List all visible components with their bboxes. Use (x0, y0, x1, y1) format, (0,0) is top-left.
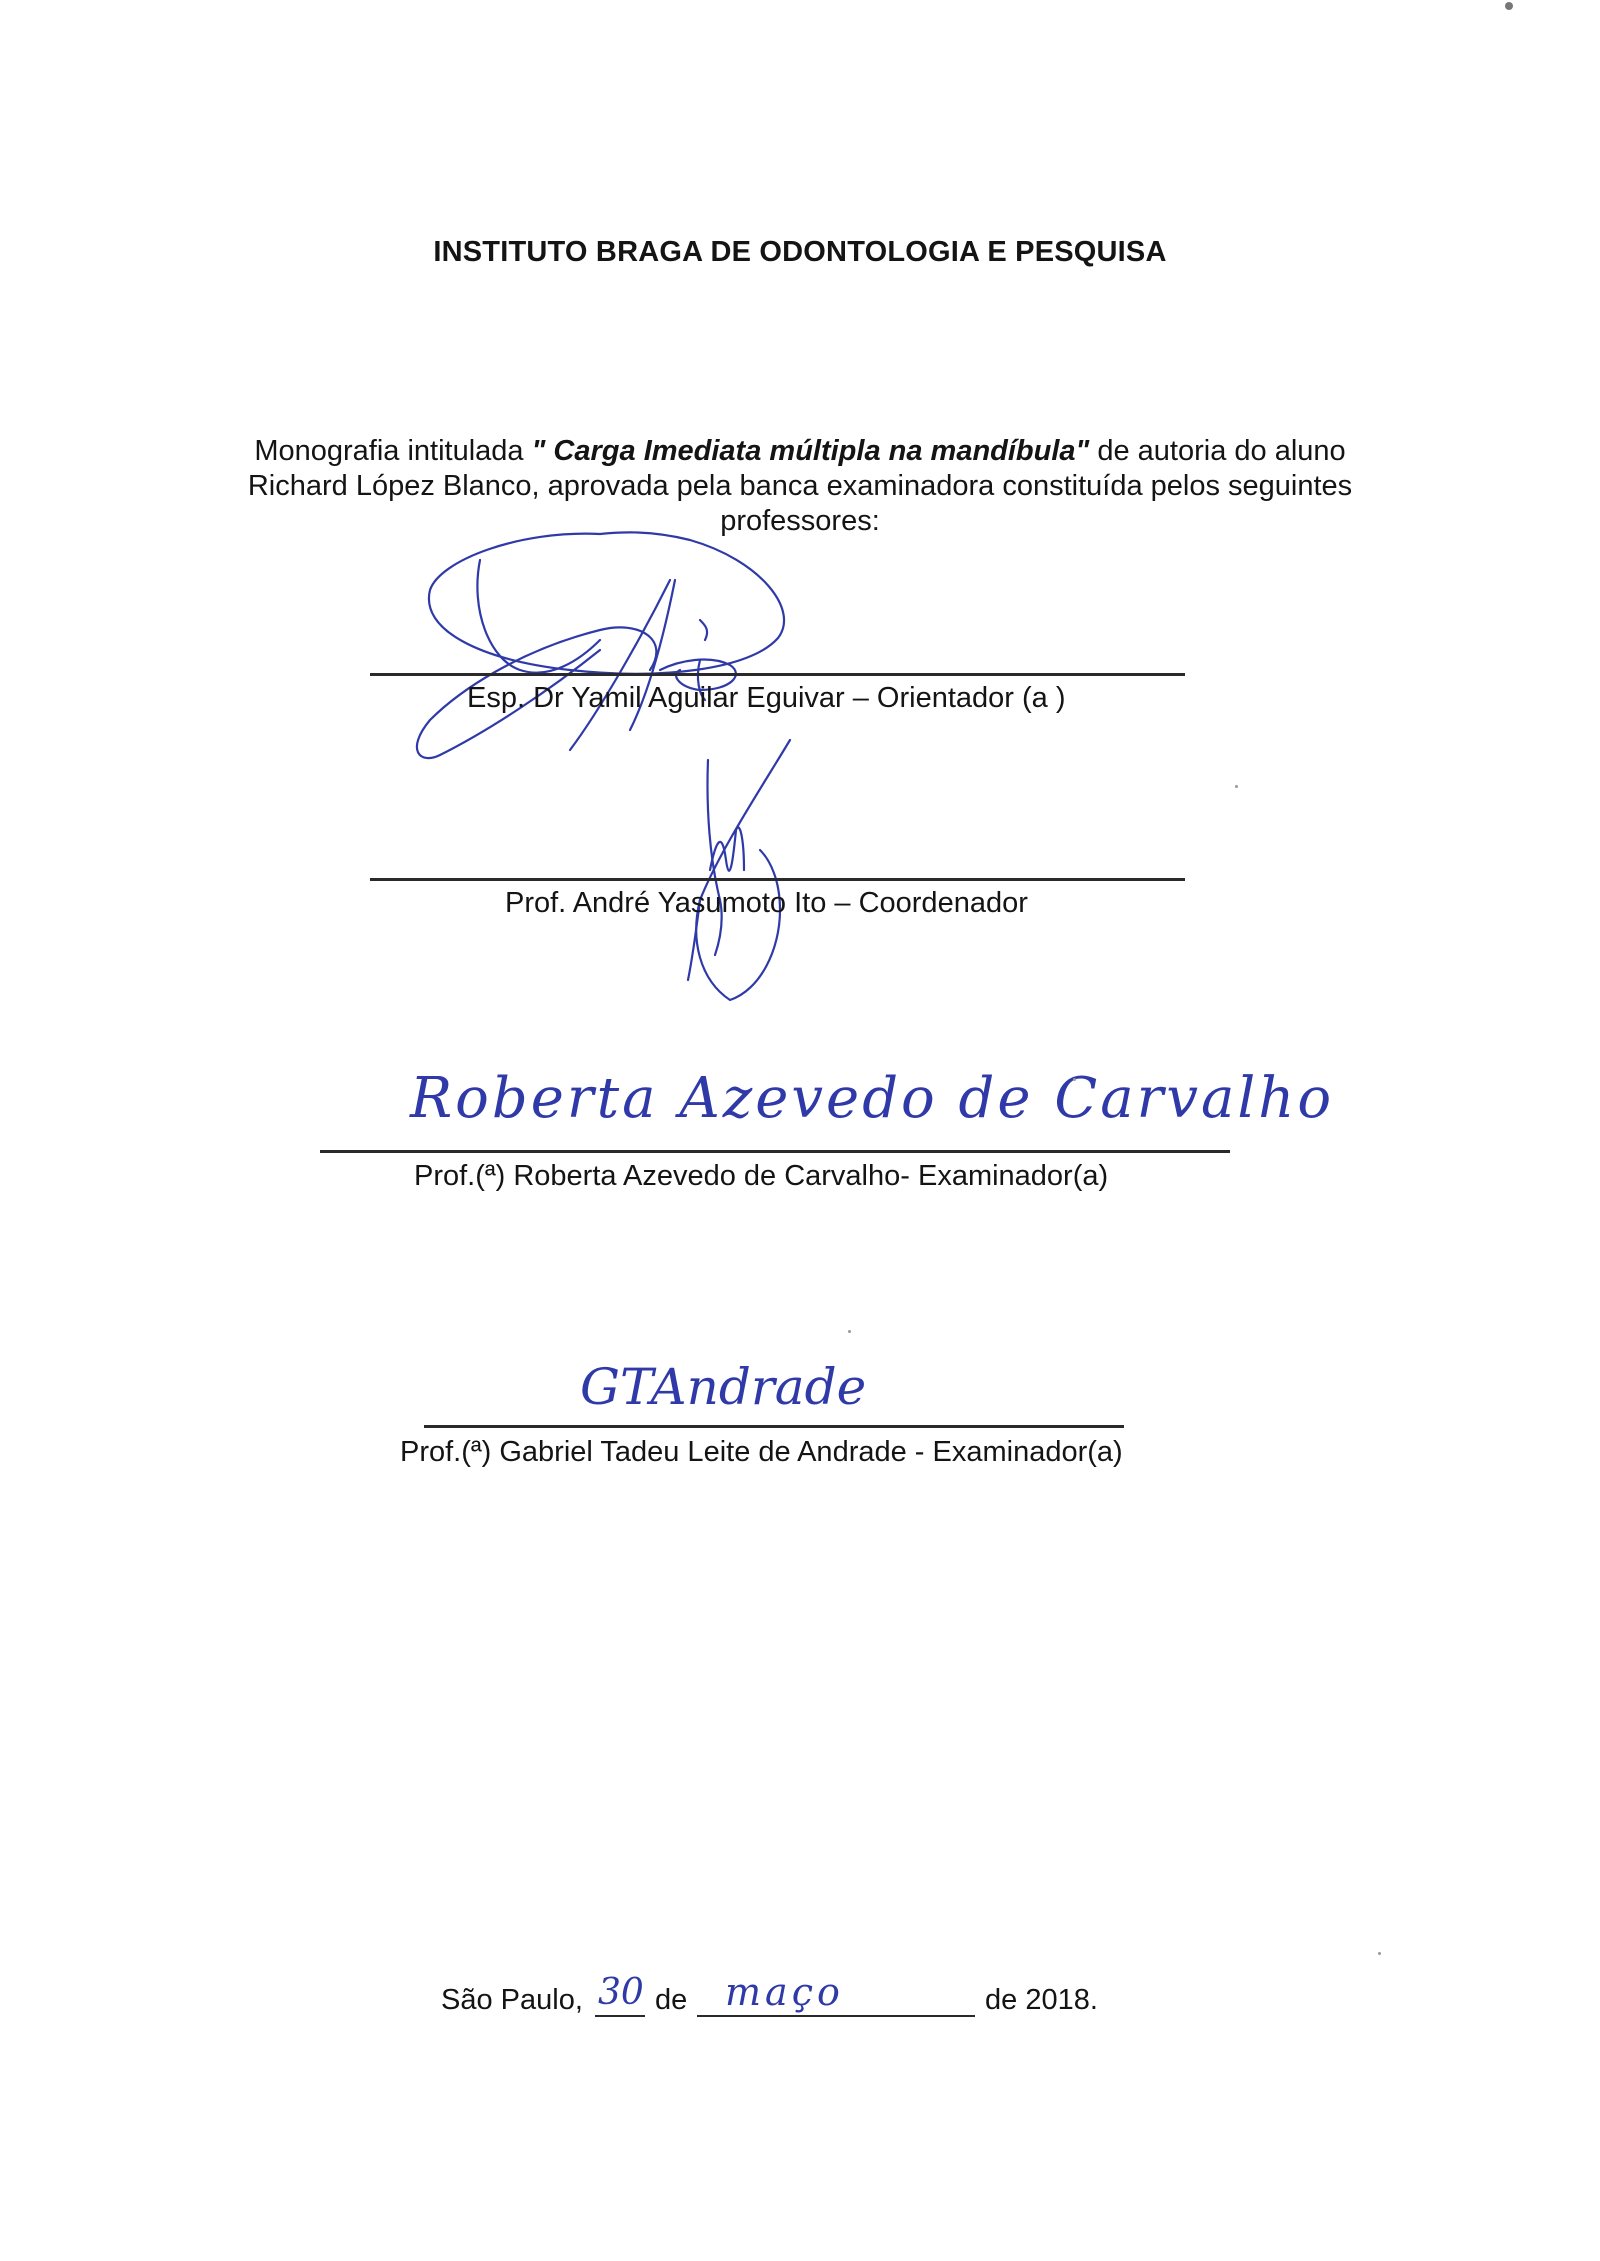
signature-roberta-azevedo-de-carvalho: Roberta Azevedo de Carvalho (410, 1066, 1334, 1131)
signature-line-3 (320, 1150, 1230, 1153)
examiner-label-4: Prof.(ª) Gabriel Tadeu Leite de Andrade … (400, 1436, 1123, 1469)
institution-title: INSTITUTO BRAGA DE ODONTOLOGIA E PESQUIS… (0, 236, 1600, 269)
date-month-handwritten: maço (725, 1970, 844, 2014)
intro-line-2: Richard López Blanco, aprovada pela banc… (200, 469, 1400, 504)
scan-speck (848, 1330, 851, 1333)
signature-line-2 (370, 878, 1185, 881)
intro-line-1: Monografia intitulada " Carga Imediata m… (200, 434, 1400, 469)
examiner-label-1: Esp. Dr Yamil Aguilar Eguivar – Orientad… (467, 682, 1066, 715)
examiner-label-2: Prof. André Yasumoto Ito – Coordenador (505, 887, 1028, 920)
date-day-blank (595, 2015, 645, 2017)
scan-speck (1378, 1952, 1381, 1955)
scan-speck (1235, 785, 1238, 788)
scan-speck (1505, 2, 1513, 10)
signature-line-1 (370, 673, 1185, 676)
date-month-blank (697, 2015, 975, 2017)
thesis-title: " Carga Imediata múltipla na mandíbula" (532, 435, 1090, 467)
date-day-handwritten: 30 (598, 1972, 644, 2013)
document-page: INSTITUTO BRAGA DE ODONTOLOGIA E PESQUIS… (0, 0, 1600, 2261)
examiner-label-3: Prof.(ª) Roberta Azevedo de Carvalho- Ex… (414, 1160, 1108, 1193)
signature-gabriel-tadeu-leite-de-andrade: GTAndrade (580, 1358, 866, 1416)
date-year: de 2018. (985, 1984, 1098, 2017)
date-connector-1: de (655, 1984, 687, 2017)
date-city: São Paulo, (441, 1984, 583, 2017)
signature-andre-yasumoto-ito (660, 730, 810, 1010)
scan-speck (1073, 1078, 1076, 1081)
signature-line-4 (424, 1425, 1124, 1428)
